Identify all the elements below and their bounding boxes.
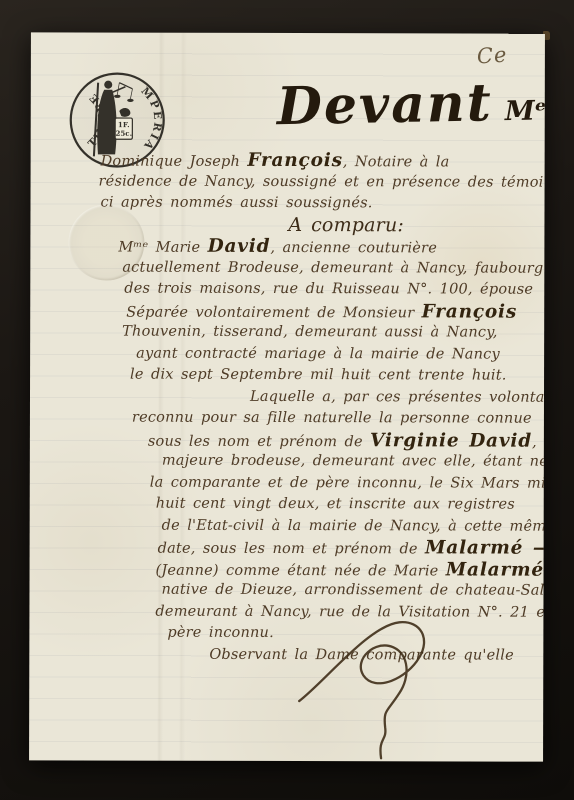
text-segment: majeure brodeuse, demeurant avec elle, é… — [162, 453, 545, 470]
denomination-shield: 1F. 25c. — [115, 118, 132, 139]
text-segment: ci après nommés aussi soussignés. — [100, 195, 372, 212]
text-segment: Mᵐᵉ Marie — [118, 240, 207, 256]
text-line: (Jeanne) comme étant née de Marie Malarm… — [156, 558, 545, 581]
text-line: reconnu pour sa fille naturelle la perso… — [132, 408, 545, 431]
text-line: A comparu: — [288, 215, 545, 237]
manuscript-body: Dominique Joseph François, Notaire à la … — [89, 149, 545, 666]
title-abbreviation: Mᵉ — [505, 95, 545, 127]
text-segment: le dix sept Septembre mil huit cent tren… — [130, 367, 507, 384]
text-segment: résidence de Nancy, soussigné et en prés… — [99, 173, 545, 190]
text-line: de l'Etat-civil à la mairie de Nancy, à … — [162, 515, 545, 538]
text-line: ci après nommés aussi soussignés. — [100, 193, 544, 216]
text-segment: , Notaire à la — [343, 154, 450, 170]
text-line: la comparante et de père inconnu, le Six… — [150, 472, 545, 495]
text-segment: de l'Etat-civil à la mairie de Nancy, à … — [162, 517, 545, 534]
text-line: sous les nom et prénom de Virginie David… — [148, 429, 545, 452]
text-line: native de Dieuze, arrondissement de chat… — [161, 580, 544, 603]
title-word: Devant — [276, 72, 493, 137]
name-segment: Malarmé — [446, 559, 544, 580]
name-segment: David — [208, 236, 271, 257]
text-segment: sous les nom et prénom de — [148, 433, 370, 450]
document-title: DevantMᵉ — [276, 70, 545, 137]
photo-background: TIMBRE IMPERIAL 1F. 25c. Ce — [0, 0, 574, 800]
name-segment: Malarmé — — [425, 537, 545, 558]
text-segment: , — [532, 434, 537, 450]
text-segment: Séparée volontairement de Monsieur — [126, 304, 421, 321]
name-segment: Virginie David — [370, 430, 532, 451]
text-line: ayant contracté mariage à la mairie de N… — [136, 343, 545, 366]
stamp-value-centimes: 25c. — [115, 129, 132, 138]
text-line: majeure brodeuse, demeurant avec elle, é… — [162, 451, 545, 474]
text-line: le dix sept Septembre mil huit cent tren… — [130, 365, 545, 388]
text-line: résidence de Nancy, soussigné et en prés… — [99, 171, 545, 194]
document-page: TIMBRE IMPERIAL 1F. 25c. Ce — [29, 32, 545, 761]
text-segment: huit cent vingt deux, et inscrite aux re… — [156, 496, 515, 513]
text-line: date, sous les nom et prénom de Malarmé … — [158, 537, 545, 560]
text-segment: , — [544, 563, 545, 579]
text-segment: actuellement Brodeuse, demeurant à Nancy… — [122, 259, 543, 276]
text-line: des trois maisons, rue du Ruisseau N°. 1… — [124, 279, 545, 302]
text-line: Thouvenin, tisserand, demeurant aussi à … — [122, 322, 545, 345]
signature-flourish — [291, 609, 471, 759]
text-segment: Laquelle a, par ces présentes volontaire… — [250, 388, 545, 405]
text-segment: date, sous les nom et prénom de — [158, 541, 425, 558]
text-segment: reconnu pour sa fille naturelle la perso… — [132, 410, 532, 427]
text-line: huit cent vingt deux, et inscrite aux re… — [156, 494, 545, 517]
text-line: Séparée volontairement de Monsieur Franç… — [126, 300, 545, 323]
text-segment: A comparu: — [288, 214, 404, 236]
text-segment: Thouvenin, tisserand, demeurant aussi à … — [122, 324, 497, 341]
text-line: Dominique Joseph François, Notaire à la — [101, 150, 545, 173]
corner-annotation: Ce — [476, 43, 508, 69]
name-segment: François — [247, 150, 343, 171]
text-line: Laquelle a, par ces présentes volontaire… — [250, 386, 545, 408]
text-line: Mᵐᵉ Marie David, ancienne couturière — [118, 236, 545, 259]
text-segment: ayant contracté mariage à la mairie de N… — [136, 345, 500, 362]
text-segment: , ancienne couturière — [270, 240, 437, 256]
name-segment: François — [422, 301, 518, 322]
text-segment: des trois maisons, rue du Ruisseau N°. 1… — [124, 281, 533, 298]
text-line: actuellement Brodeuse, demeurant à Nancy… — [122, 257, 545, 280]
text-segment: Dominique Joseph — [101, 154, 248, 170]
text-segment: père inconnu. — [167, 625, 274, 641]
text-segment: native de Dieuze, arrondissement de chat… — [161, 582, 544, 599]
text-segment: (Jeanne) comme étant née de Marie — [156, 562, 446, 579]
text-segment: la comparante et de père inconnu, le Six… — [150, 474, 545, 491]
